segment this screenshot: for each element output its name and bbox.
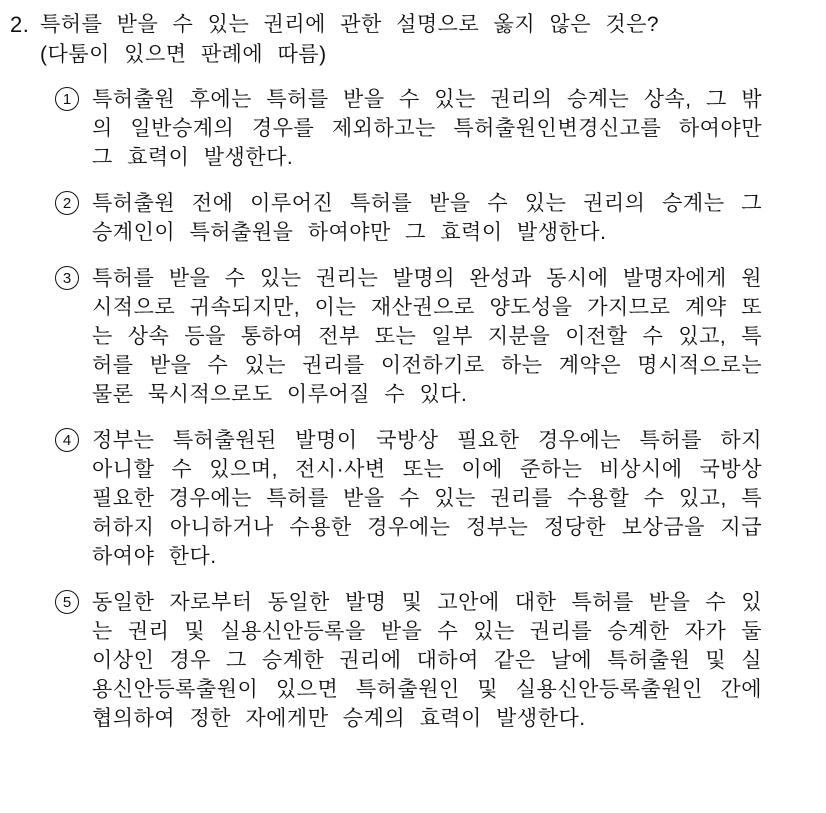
option-number-badge: 5	[55, 590, 79, 614]
option-item-4: 4 정부는 특허출원된 발명이 국방상 필요한 경우에는 특허를 하지 아니할 …	[10, 426, 762, 571]
question-stem: 특허를 받을 수 있는 권리에 관한 설명으로 옳지 않은 것은?	[40, 10, 762, 40]
option-text: 특허출원 후에는 특허를 받을 수 있는 권리의 승계는 상속, 그 밖의 일반…	[92, 85, 762, 172]
option-item-2: 2 특허출원 전에 이루어진 특허를 받을 수 있는 권리의 승계는 그 승계인…	[10, 189, 762, 247]
question-number: 2.	[10, 10, 40, 40]
option-text: 정부는 특허출원된 발명이 국방상 필요한 경우에는 특허를 하지 아니할 수 …	[92, 426, 762, 571]
option-item-1: 1 특허출원 후에는 특허를 받을 수 있는 권리의 승계는 상속, 그 밖의 …	[10, 85, 762, 172]
option-number-badge: 3	[55, 266, 79, 290]
option-text: 동일한 자로부터 동일한 발명 및 고안에 대한 특허를 받을 수 있는 권리 …	[92, 588, 762, 733]
option-item-5: 5 동일한 자로부터 동일한 발명 및 고안에 대한 특허를 받을 수 있는 권…	[10, 588, 762, 733]
option-number-badge: 1	[55, 87, 79, 111]
option-text: 특허를 받을 수 있는 권리는 발명의 완성과 동시에 발명자에게 원시적으로 …	[92, 264, 762, 409]
question-note: (다툼이 있으면 판례에 따름)	[40, 40, 762, 70]
option-number-badge: 4	[55, 428, 79, 452]
options-list: 1 특허출원 후에는 특허를 받을 수 있는 권리의 승계는 상속, 그 밖의 …	[10, 85, 762, 733]
option-text: 특허출원 전에 이루어진 특허를 받을 수 있는 권리의 승계는 그 승계인이 …	[92, 189, 762, 247]
option-number-badge: 2	[55, 191, 79, 215]
question-text-block: 특허를 받을 수 있는 권리에 관한 설명으로 옳지 않은 것은? (다툼이 있…	[40, 10, 762, 70]
option-item-3: 3 특허를 받을 수 있는 권리는 발명의 완성과 동시에 발명자에게 원시적으…	[10, 264, 762, 409]
exam-question-page: 2. 특허를 받을 수 있는 권리에 관한 설명으로 옳지 않은 것은? (다툼…	[0, 0, 826, 813]
question-header: 2. 특허를 받을 수 있는 권리에 관한 설명으로 옳지 않은 것은? (다툼…	[10, 10, 762, 70]
